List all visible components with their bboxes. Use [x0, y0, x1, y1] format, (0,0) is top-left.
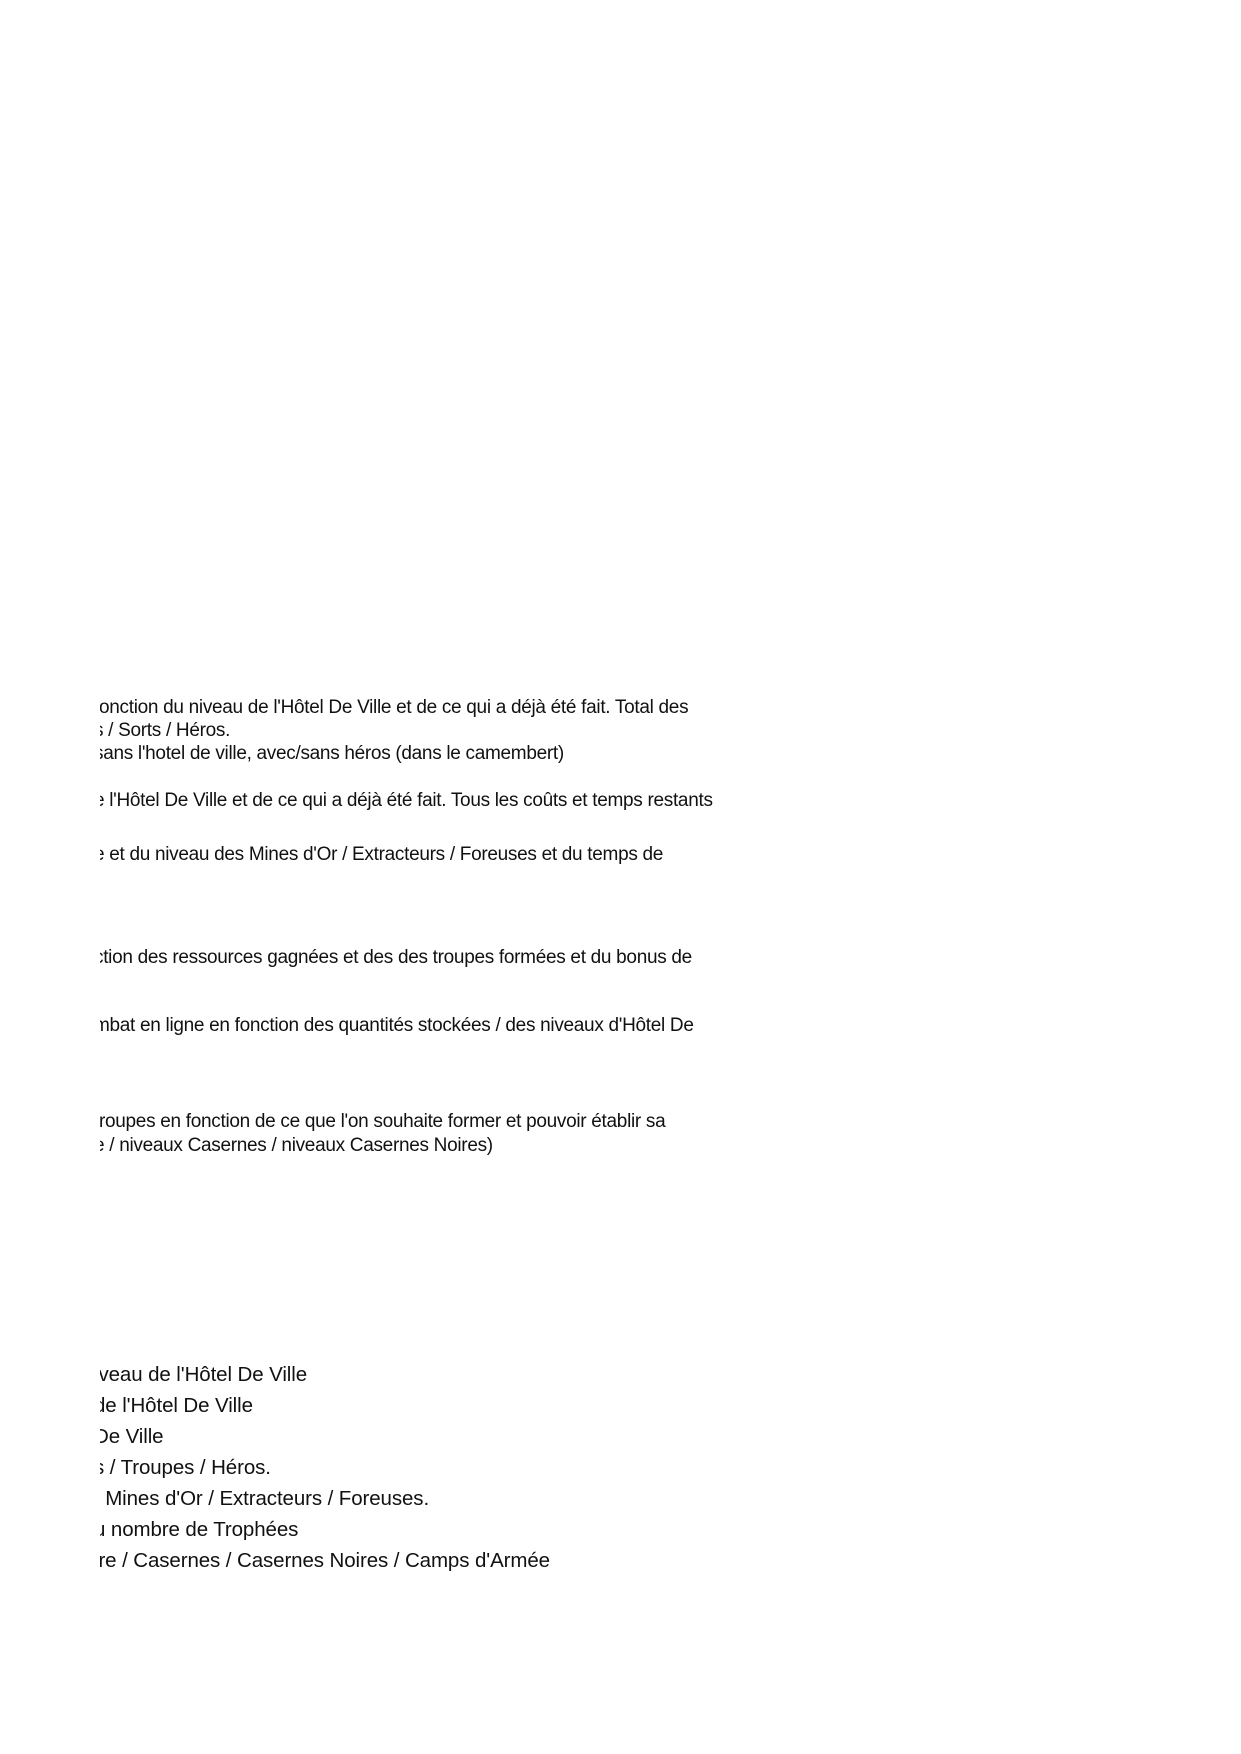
description-line: e / niveaux Casernes / niveaux Casernes …: [100, 1134, 493, 1157]
description-line: sans l'hotel de ville, avec/sans héros (…: [100, 742, 564, 765]
summary-line: t Mines d'Or / Extracteurs / Foreuses.: [100, 1483, 429, 1514]
description-line: mbat en ligne en fonction des quantités …: [100, 1014, 694, 1037]
description-line: e l'Hôtel De Ville et de ce qui a déjà é…: [100, 789, 713, 812]
summary-line: s / Troupes / Héros.: [100, 1452, 271, 1483]
description-line: fonction du niveau de l'Hôtel De Ville e…: [100, 696, 688, 719]
summary-line: u nombre de Trophées: [100, 1514, 298, 1545]
document-page: fonction du niveau de l'Hôtel De Ville e…: [100, 0, 1241, 1754]
description-line: ction des ressources gagnées et des des …: [100, 946, 692, 969]
summary-line: de l'Hôtel De Ville: [100, 1390, 253, 1421]
summary-line: De Ville: [100, 1421, 163, 1452]
summary-line: ire / Casernes / Casernes Noires / Camps…: [100, 1545, 550, 1576]
description-line: e et du niveau des Mines d'Or / Extracte…: [100, 843, 663, 866]
description-line: troupes en fonction de ce que l'on souha…: [100, 1110, 665, 1133]
description-line: s / Sorts / Héros.: [100, 719, 230, 742]
summary-line: iveau de l'Hôtel De Ville: [100, 1359, 307, 1390]
